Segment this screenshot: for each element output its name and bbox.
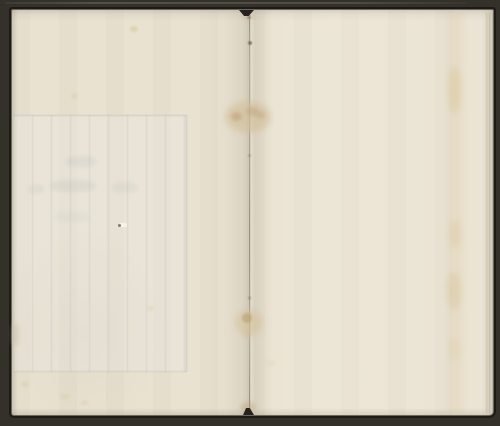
fore-edge-patch — [449, 220, 461, 248]
show-through-smudge — [66, 156, 96, 167]
show-through-smudge — [112, 182, 138, 193]
foxing-spot — [81, 400, 88, 405]
gutter-stain-lower-core — [242, 313, 252, 323]
foxing-spot — [266, 360, 276, 366]
stitch-dot — [248, 296, 251, 300]
gutter-stain-upper-core — [256, 111, 265, 119]
fore-edge-patch — [449, 338, 460, 360]
foxing-spot — [130, 26, 138, 32]
fore-edge-patch — [448, 66, 461, 114]
stitch-dot — [248, 41, 252, 45]
paper-fleck-dark — [118, 224, 121, 227]
foxing-spot — [60, 393, 70, 400]
spot-layer — [0, 0, 500, 426]
show-through-smudge — [28, 184, 44, 194]
stitch-dot — [248, 154, 251, 157]
fore-edge-patch — [447, 272, 461, 310]
gutter-stain-upper-core — [231, 112, 242, 121]
foxing-spot — [147, 306, 154, 311]
foxing-spot — [21, 381, 29, 387]
edge-smudge — [12, 324, 19, 346]
show-through-smudge — [50, 180, 96, 192]
show-through-smudge — [55, 212, 89, 222]
scanned-book-photo — [0, 0, 500, 426]
gutter-stain-lower-tail — [244, 327, 250, 340]
foxing-spot — [71, 93, 78, 99]
